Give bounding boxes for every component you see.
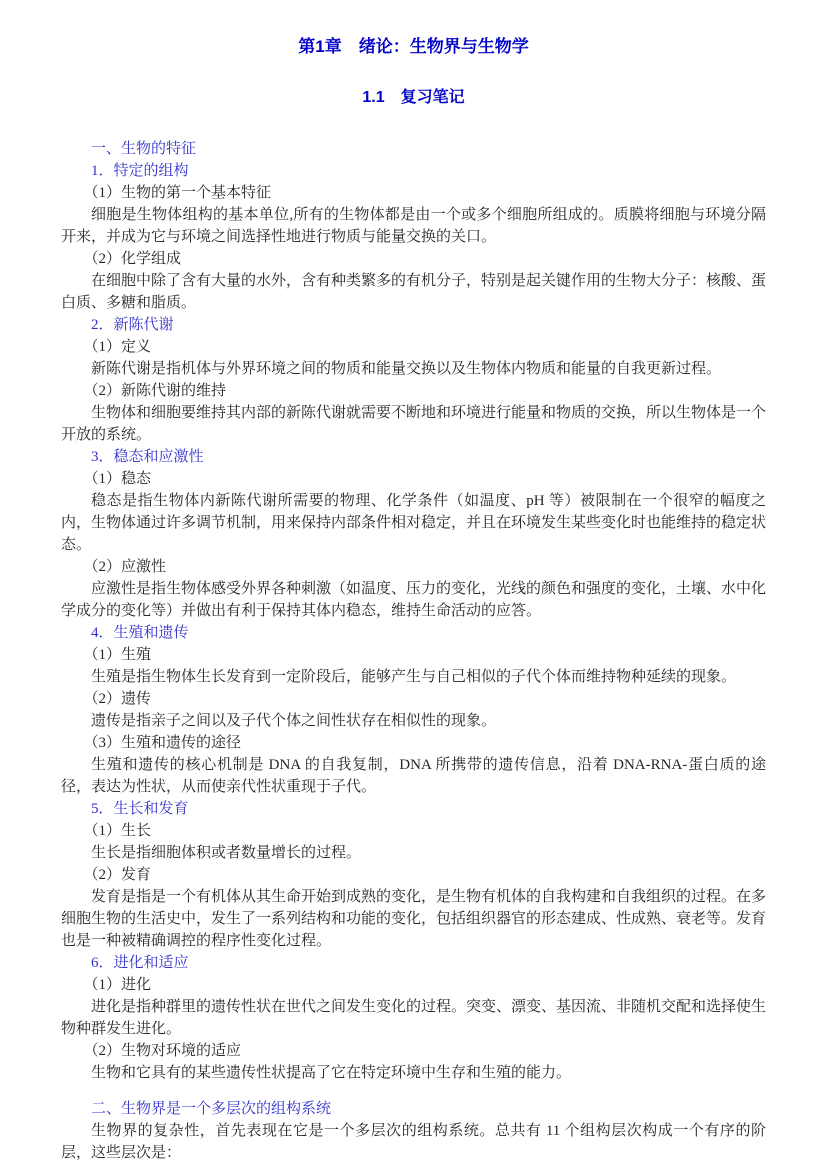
item-heading: （1）生长 — [61, 820, 766, 842]
item-heading: （2）化学组成 — [61, 248, 766, 270]
item-heading: （1）定义 — [61, 336, 766, 358]
item-heading: （1）进化 — [61, 974, 766, 996]
paragraph: 稳态是指生物体内新陈代谢所需要的物理、化学条件（如温度、pH 等）被限制在一个很… — [61, 490, 766, 556]
section-title: 1.1 复习笔记 — [61, 87, 766, 109]
item-heading: （1）生物的第一个基本特征 — [61, 182, 766, 204]
subsection-heading: 4．生殖和遗传 — [61, 622, 766, 644]
section-heading: 一、生物的特征 — [61, 138, 766, 160]
subsection-heading: 5．生长和发育 — [61, 798, 766, 820]
item-heading: （3）生殖和遗传的途径 — [61, 732, 766, 754]
paragraph: 遗传是指亲子之间以及子代个体之间性状存在相似性的现象。 — [61, 710, 766, 732]
document-body: 一、生物的特征1．特定的组构（1）生物的第一个基本特征细胞是生物体组构的基本单位… — [61, 138, 766, 1164]
chapter-title: 第1章 绪论：生物界与生物学 — [61, 36, 766, 58]
subsection-heading: 6．进化和适应 — [61, 952, 766, 974]
section-heading: 二、生物界是一个多层次的组构系统 — [61, 1098, 766, 1120]
paragraph: 细胞是生物体组构的基本单位,所有的生物体都是由一个或多个细胞所组成的。质膜将细胞… — [61, 204, 766, 248]
paragraph: 生物界的复杂性，首先表现在它是一个多层次的组构系统。总共有 11 个组构层次构成… — [61, 1120, 766, 1164]
item-heading: （2）应激性 — [61, 556, 766, 578]
paragraph: 发育是指是一个有机体从其生命开始到成熟的变化，是生物有机体的自我构建和自我组织的… — [61, 886, 766, 952]
item-heading: （1）生殖 — [61, 644, 766, 666]
document-page: 第1章 绪论：生物界与生物学 1.1 复习笔记 一、生物的特征1．特定的组构（1… — [0, 0, 827, 1169]
paragraph: 生物和它具有的某些遗传性状提高了它在特定环境中生存和生殖的能力。 — [61, 1062, 766, 1084]
paragraph: 在细胞中除了含有大量的水外，含有种类繁多的有机分子，特别是起关键作用的生物大分子… — [61, 270, 766, 314]
paragraph: 应激性是指生物体感受外界各种刺激（如温度、压力的变化，光线的颜色和强度的变化，土… — [61, 578, 766, 622]
subsection-heading: 2．新陈代谢 — [61, 314, 766, 336]
paragraph: 新陈代谢是指机体与外界环境之间的物质和能量交换以及生物体内物质和能量的自我更新过… — [61, 358, 766, 380]
item-heading: （2）新陈代谢的维持 — [61, 380, 766, 402]
paragraph: 生长是指细胞体积或者数量增长的过程。 — [61, 842, 766, 864]
item-heading: （2）遗传 — [61, 688, 766, 710]
item-heading: （2）发育 — [61, 864, 766, 886]
subsection-heading: 1．特定的组构 — [61, 160, 766, 182]
item-heading: （2）生物对环境的适应 — [61, 1040, 766, 1062]
paragraph: 生殖是指生物体生长发育到一定阶段后，能够产生与自己相似的子代个体而维持物种延续的… — [61, 666, 766, 688]
paragraph: 进化是指种群里的遗传性状在世代之间发生变化的过程。突变、漂变、基因流、非随机交配… — [61, 996, 766, 1040]
item-heading: （1）稳态 — [61, 468, 766, 490]
subsection-heading: 3．稳态和应激性 — [61, 446, 766, 468]
paragraph: 生殖和遗传的核心机制是 DNA 的自我复制，DNA 所携带的遗传信息，沿着 DN… — [61, 754, 766, 798]
paragraph: 生物体和细胞要维持其内部的新陈代谢就需要不断地和环境进行能量和物质的交换，所以生… — [61, 402, 766, 446]
